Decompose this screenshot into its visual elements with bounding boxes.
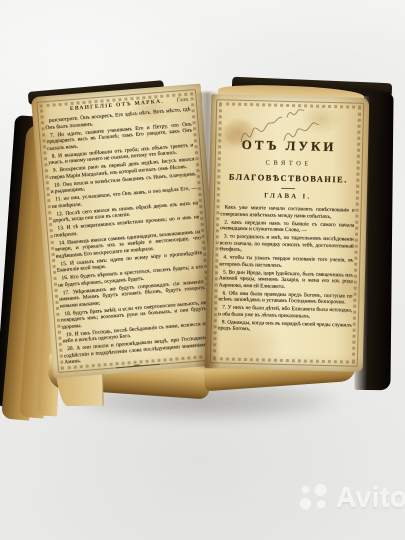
- verse-paragraph: Какъ уже многіе начали составлять повѣст…: [220, 204, 354, 220]
- right-page-verses: Какъ уже многіе начали составлять повѣст…: [218, 204, 355, 335]
- verse-paragraph: 6. Оба они были праведны предъ Богомъ, п…: [218, 290, 352, 306]
- verse-paragraph: 8. Однажды, когда онъ въ порядкѣ своей ч…: [218, 319, 352, 335]
- avito-watermark: Avito: [297, 481, 405, 515]
- verse-paragraph: 2. какъ передали намъ то бывшіе съ самаг…: [220, 219, 354, 235]
- verse-paragraph: 3. то разсудилось и мнѣ, по тщательномъ …: [219, 233, 353, 256]
- right-page: ОТЪ ЛУКИ СВЯТОЕ БЛАГОВѢСТВОВАНІЕ. ГЛАВА …: [205, 94, 370, 372]
- left-page: ЕВАНГЕЛІЕ ОТЪ МАРКА. Глав. разсмотрите. …: [31, 84, 223, 379]
- verse-paragraph: 4. чтобы ты узналъ твердое основаніе тог…: [219, 254, 353, 270]
- gospel-subtitle-1: СВЯТОЕ: [222, 158, 356, 168]
- avito-watermark-label: Avito: [336, 482, 405, 514]
- chapter-heading: ГЛАВА I.: [221, 191, 355, 201]
- verse-paragraph: 7. У нихъ не было дѣтей, ибо Елисавета б…: [218, 304, 352, 320]
- running-header-corner: Глав.: [176, 97, 189, 104]
- gospel-subtitle-2: БЛАГОВѢСТВОВАНІЕ.: [221, 171, 355, 184]
- verse-paragraph: 5. Во дни Ирода, царя Іудейскаго, былъ с…: [219, 269, 353, 292]
- left-page-verses: разсмотрите. Онъ воскресъ, Его здѣсь нѣт…: [45, 107, 210, 366]
- avito-dots-logo-icon: [297, 481, 331, 515]
- title-divider: [281, 188, 295, 189]
- book-photo-scene: ЕВАНГЕЛІЕ ОТЪ МАРКА. Глав. разсмотрите. …: [0, 0, 405, 540]
